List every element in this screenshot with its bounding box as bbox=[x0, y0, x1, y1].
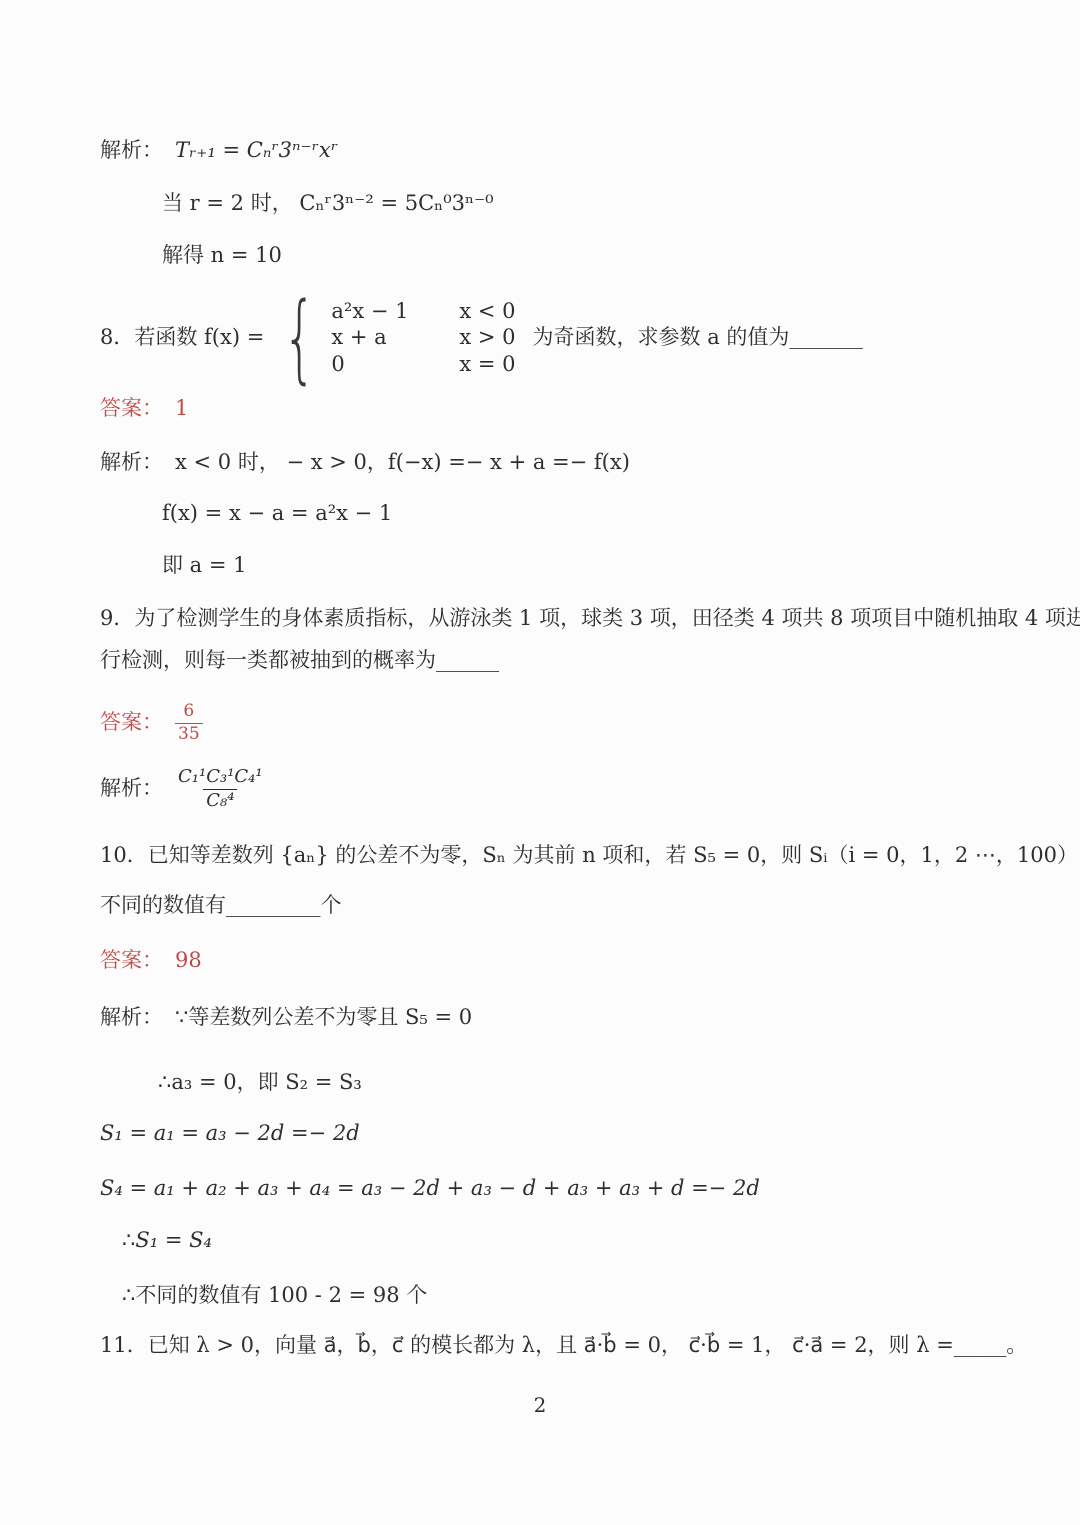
q11-question-text: 11．已知 λ > 0，向量 a⃗，b⃗，c⃗ 的模长都为 λ，且 a⃗·b⃗ … bbox=[100, 1332, 1027, 1359]
q8-answer-line: 答案： 1 bbox=[100, 395, 188, 422]
q8-case-1-cond: x < 0 bbox=[459, 299, 515, 325]
q8-case-3-cond: x = 0 bbox=[459, 352, 515, 378]
q8-question-prefix: 8．若函数 f(x) = bbox=[100, 324, 264, 351]
solution-label: 解析： bbox=[100, 775, 163, 802]
q8-solution-step-3: 即 a = 1 bbox=[162, 552, 247, 579]
q10-question-text-1: 10．已知等差数列 {aₙ} 的公差不为零，Sₙ 为其前 n 项和，若 S₅ =… bbox=[100, 842, 1080, 869]
q8-case-2-expr: x + a bbox=[331, 325, 431, 351]
question-9-line-2: 行检测，则每一类都被抽到的概率为______ bbox=[100, 647, 499, 674]
q9-solution-line: 解析： C₁¹C₃¹C₄¹ C₈⁴ bbox=[100, 760, 266, 818]
q8-solution-equation: f(x) = x − a = a²x − 1 bbox=[162, 500, 392, 527]
solution-label: 解析： bbox=[100, 449, 163, 476]
q10-solution-equality: ∴S₁ = S₄ bbox=[122, 1227, 212, 1254]
solution-label: 解析： bbox=[100, 1004, 163, 1031]
question-10-line-2: 不同的数值有_________个 bbox=[100, 892, 342, 919]
q8-piecewise-cases: a²x − 1 x < 0 x + a x > 0 0 x = 0 bbox=[331, 299, 515, 378]
fraction-denominator: 35 bbox=[175, 723, 203, 744]
q10-solution-s1-equation: S₁ = a₁ = a₃ − 2d =− 2d bbox=[100, 1120, 360, 1147]
exam-solutions-page: 解析： Tᵣ₊₁ = Cₙʳ3ⁿ⁻ʳxʳ 当 r = 2 时， Cₙʳ3ⁿ⁻² … bbox=[0, 0, 1080, 1525]
q9-answer-line: 答案： 6 35 bbox=[100, 699, 203, 747]
q8-question-suffix: 为奇函数，求参数 a 的值为_______ bbox=[533, 324, 863, 351]
q7-solution-step-3: 解得 n = 10 bbox=[162, 242, 282, 269]
q10-solution-premise: ∵等差数列公差不为零且 S₅ = 0 bbox=[175, 1004, 472, 1031]
q10-solution-step-4: S₄ = a₁ + a₂ + a₃ + a₄ = a₃ − 2d + a₃ − … bbox=[100, 1175, 760, 1202]
q10-solution-step-5: ∴S₁ = S₄ bbox=[122, 1227, 212, 1254]
q8-answer-value: 1 bbox=[175, 395, 188, 422]
q9-solution-fraction: C₁¹C₃¹C₄¹ C₈⁴ bbox=[175, 767, 266, 810]
q8-solution-step-1: 解析： x < 0 时， − x > 0，f(−x) =− x + a =− f… bbox=[100, 449, 630, 476]
question-11-line-1: 11．已知 λ > 0，向量 a⃗，b⃗，c⃗ 的模长都为 λ，且 a⃗·b⃗ … bbox=[100, 1332, 1027, 1359]
q10-solution-step-3: S₁ = a₁ = a₃ − 2d =− 2d bbox=[100, 1120, 360, 1147]
q10-solution-step-2: ∴a₃ = 0，即 S₂ = S₃ bbox=[158, 1069, 362, 1096]
answer-label: 答案： bbox=[100, 395, 163, 422]
q9-question-text-2: 行检测，则每一类都被抽到的概率为______ bbox=[100, 647, 499, 674]
q10-solution-step-6: ∴不同的数值有 100 - 2 = 98 个 bbox=[122, 1282, 427, 1309]
fraction-denominator: C₈⁴ bbox=[203, 789, 237, 811]
fraction-numerator: C₁¹C₃¹C₄¹ bbox=[175, 767, 266, 788]
q10-solution-step-1: 解析： ∵等差数列公差不为零且 S₅ = 0 bbox=[100, 1004, 472, 1031]
q10-solution-deduction: ∴a₃ = 0，即 S₂ = S₃ bbox=[158, 1069, 362, 1096]
q8-case-3-expr: 0 bbox=[331, 352, 431, 378]
question-10-line-1: 10．已知等差数列 {aₙ} 的公差不为零，Sₙ 为其前 n 项和，若 S₅ =… bbox=[100, 842, 1080, 869]
question-9-line-1: 9．为了检测学生的身体素质指标，从游泳类 1 项，球类 3 项，田径类 4 项共… bbox=[100, 605, 1080, 632]
q7-solution-step-2: 当 r = 2 时， Cₙʳ3ⁿ⁻² = 5Cₙ⁰3ⁿ⁻⁰ bbox=[162, 190, 494, 217]
q10-solution-s4-equation: S₄ = a₁ + a₂ + a₃ + a₄ = a₃ − 2d + a₃ − … bbox=[100, 1175, 760, 1202]
q10-question-text-2: 不同的数值有_________个 bbox=[100, 892, 342, 919]
q8-solution-result: 即 a = 1 bbox=[162, 552, 247, 579]
answer-label: 答案： bbox=[100, 947, 163, 974]
question-8: 8．若函数 f(x) = { a²x − 1 x < 0 x + a x > 0… bbox=[100, 295, 863, 381]
q7-formula-result: 解得 n = 10 bbox=[162, 242, 282, 269]
q7-formula-substitution: 当 r = 2 时， Cₙʳ3ⁿ⁻² = 5Cₙ⁰3ⁿ⁻⁰ bbox=[162, 190, 494, 217]
q10-solution-conclusion: ∴不同的数值有 100 - 2 = 98 个 bbox=[122, 1282, 427, 1309]
q10-answer-line: 答案： 98 bbox=[100, 947, 202, 974]
solution-label: 解析： bbox=[100, 137, 163, 164]
answer-label: 答案： bbox=[100, 709, 163, 736]
q8-case-1-expr: a²x − 1 bbox=[331, 299, 431, 325]
q7-formula-term: Tᵣ₊₁ = Cₙʳ3ⁿ⁻ʳxʳ bbox=[175, 137, 338, 164]
q9-answer-fraction: 6 35 bbox=[175, 702, 203, 743]
q8-solution-step-2: f(x) = x − a = a²x − 1 bbox=[162, 500, 392, 527]
q10-answer-value: 98 bbox=[175, 947, 202, 974]
q8-solution-oddness: x < 0 时， − x > 0，f(−x) =− x + a =− f(x) bbox=[175, 449, 630, 476]
q8-case-2-cond: x > 0 bbox=[459, 325, 515, 351]
fraction-numerator: 6 bbox=[180, 702, 197, 722]
q7-solution-step-1: 解析： Tᵣ₊₁ = Cₙʳ3ⁿ⁻ʳxʳ bbox=[100, 137, 338, 164]
q9-question-text-1: 9．为了检测学生的身体素质指标，从游泳类 1 项，球类 3 项，田径类 4 项共… bbox=[100, 605, 1080, 632]
left-brace: { bbox=[283, 299, 317, 378]
page-number: 2 bbox=[0, 1393, 1080, 1417]
